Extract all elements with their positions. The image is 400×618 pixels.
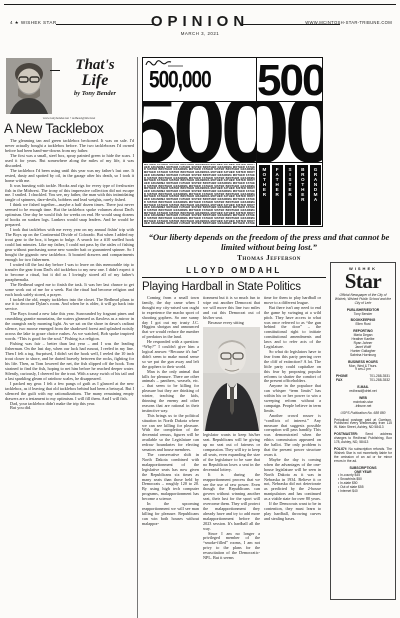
paragraph: The first was a small, steel box, spray … [5, 154, 134, 169]
bender-headline: A New Tacklebox [4, 121, 136, 136]
email-address: redhead@drtel.net [334, 390, 392, 394]
paragraph: I took that tacklebox with me every year… [5, 228, 134, 263]
lloyd-omdahl-photo [203, 327, 260, 431]
header-rule-left [56, 24, 156, 25]
cartoon-word-bars: MOTHER FATHER SISTER BROTHER GRANDMA [259, 165, 321, 225]
cartoon-panel-3: 500,000 [143, 102, 257, 163]
paragraph: Since I am no longer a privileged member… [203, 532, 260, 561]
quote-attribution: Thomas Jefferson [142, 254, 396, 262]
paragraph: Coming from a small town family, the day… [142, 296, 199, 340]
cartoon-panel-4: 500,000 [257, 102, 322, 163]
cartoon-number-zoom-1: 500,000 [257, 58, 322, 102]
cartoon-panel-2: 500,000 [257, 58, 322, 102]
paragraph: It is during the reapportionment process… [203, 473, 260, 532]
paragraph: Because every sitting [203, 321, 260, 326]
masthead-name: Star [334, 271, 392, 292]
paragraph: I think we fished together—maybe a half … [5, 203, 134, 228]
paragraph: I tucked the old, empty tacklebox into t… [5, 298, 134, 313]
cartoon-number-zoom-3: 500,000 [257, 102, 322, 163]
hours-time: 9 am-2 pm [334, 368, 392, 372]
word-bar: FATHER [272, 165, 283, 225]
paragraph: The Boys found a new lake this year. Sur… [5, 312, 134, 342]
paragraph: tionment but it is so much fun to wipe o… [203, 296, 260, 321]
paragraph: I waited till the last day before I was … [5, 263, 134, 283]
word-bar: SISTER [285, 165, 296, 225]
paragraph: legislator wants to keep his/her seat. R… [203, 433, 260, 472]
pull-quote: “Our liberty depends on the freedom of t… [142, 232, 396, 252]
fax-number: 701-288-3532 [369, 379, 390, 383]
paragraph: Maybe the day is coming when the advanta… [264, 458, 321, 502]
word-bar: GRANDMA [310, 165, 321, 225]
postmaster-notice: POSTMASTER: Send address changes to Redh… [334, 433, 392, 445]
paragraph: But you did. [5, 406, 134, 411]
paragraph: The gleaming tan and green tacklebox bec… [5, 139, 134, 154]
paragraph: The tacklebox I'd been using until this … [5, 169, 134, 184]
newspaper-opinion-page: 4 ★ WISHEK STAR OPINION WWW.MCINTOSH-STA… [0, 0, 400, 618]
cartoon-number: 500,000 [149, 67, 211, 95]
column-title-line1: That's [56, 58, 134, 73]
tony-bender-photo [6, 58, 52, 114]
omdahl-column-1: Coming from a small town family, the day… [142, 296, 199, 618]
word-bar: MOTHER [259, 165, 270, 225]
author-contact-line: www.tonybender.net • redhead@drtel.net [4, 116, 134, 120]
omdahl-headline: Playing Hardball in State Politics [142, 281, 326, 293]
bookkeeper-name: Ellen Rust [334, 323, 392, 327]
column-logo: That's Life by Tony Bender [56, 58, 134, 97]
cartoon-number-zoom-2: 500,000 [143, 102, 257, 163]
publisher-name: Tony Bender [334, 313, 392, 317]
paragraph: Fishing was fair – better than last year… [5, 342, 134, 382]
paragraph: The Redhead urged me to finish the task.… [5, 283, 134, 298]
reporter-name: Sabrina Hornburg [334, 354, 392, 358]
paragraph: Man is the only animal that kills for pl… [142, 370, 199, 414]
bender-article-body: The gleaming tan and green tacklebox bec… [5, 139, 134, 411]
issue-date: MARCH 3, 2021 [0, 31, 400, 36]
cartoon-panel-1: 500,000 [143, 58, 257, 102]
paragraph: Another crowd rouser is “conflicts of in… [264, 414, 321, 458]
omdahl-kicker: LLOYD OMDAHL [142, 266, 326, 275]
paragraph: But there isn't any need to end the game… [264, 306, 321, 350]
fax-label: FAX [336, 379, 342, 383]
editorial-cartoon: 500,000 500,000 500,000 500,000 MOTHER F… [142, 57, 323, 227]
paragraph: If the Democrats want to be in contentio… [264, 502, 321, 522]
top-rule [4, 4, 396, 5]
web-address-line2: -tribune.net [334, 405, 392, 409]
paragraph: Anyone in the populace that can whisper … [264, 384, 321, 413]
website-url: WWW.MCINTOSH-STAR-TRIBUNE.COM [305, 20, 392, 25]
column-separator [137, 57, 138, 618]
paragraph: I packed my gear. I felt a few pangs of … [5, 382, 134, 402]
masthead-tagline: Official Newspaper of the City of Wishek… [334, 294, 392, 306]
cartoon-micro-text: MOTHER FATHER SISTER BROTHER GRANDMA MOT… [144, 164, 255, 225]
subscription-rate: • Internet $40 [334, 490, 392, 494]
paragraph: The conservative shift in North Dakota c… [142, 453, 199, 502]
masthead-box: WISHEK Star Official Newspaper of the Ci… [330, 262, 396, 600]
paragraph: So what do legislators have to fear from… [264, 350, 321, 384]
column-title-line2: Life [56, 73, 134, 88]
paragraph: This brings us to the political situatio… [142, 414, 199, 453]
column-byline: by Tony Bender [56, 90, 134, 97]
word-bar: BROTHER [297, 165, 308, 225]
postal-notice: Periodical postage paid at Garrison. Pub… [334, 419, 392, 431]
omdahl-column-3: time for them to play hardball or move t… [264, 296, 321, 618]
cartoon-panel-5: MOTHER FATHER SISTER BROTHER GRANDMA MOT… [143, 163, 257, 226]
paragraph: In the upcoming reapportionment we will … [142, 502, 199, 527]
kicker-rule [142, 277, 326, 278]
usps-number: USPS Publication No. 688 880 [334, 412, 392, 416]
paragraph: He responded with a question: “Why?” I c… [142, 340, 199, 369]
fax-row: FAX 701-288-3532 [334, 379, 392, 383]
omdahl-column-2: tionment but it is so much fun to wipe o… [203, 296, 260, 618]
cartoon-panel-6: MOTHER FATHER SISTER BROTHER GRANDMA [257, 163, 322, 226]
paragraph: It was bursting with tackle. Hooks and r… [5, 184, 134, 204]
policy-notice: POLICY: No subscription refunds. The Wis… [334, 448, 392, 464]
